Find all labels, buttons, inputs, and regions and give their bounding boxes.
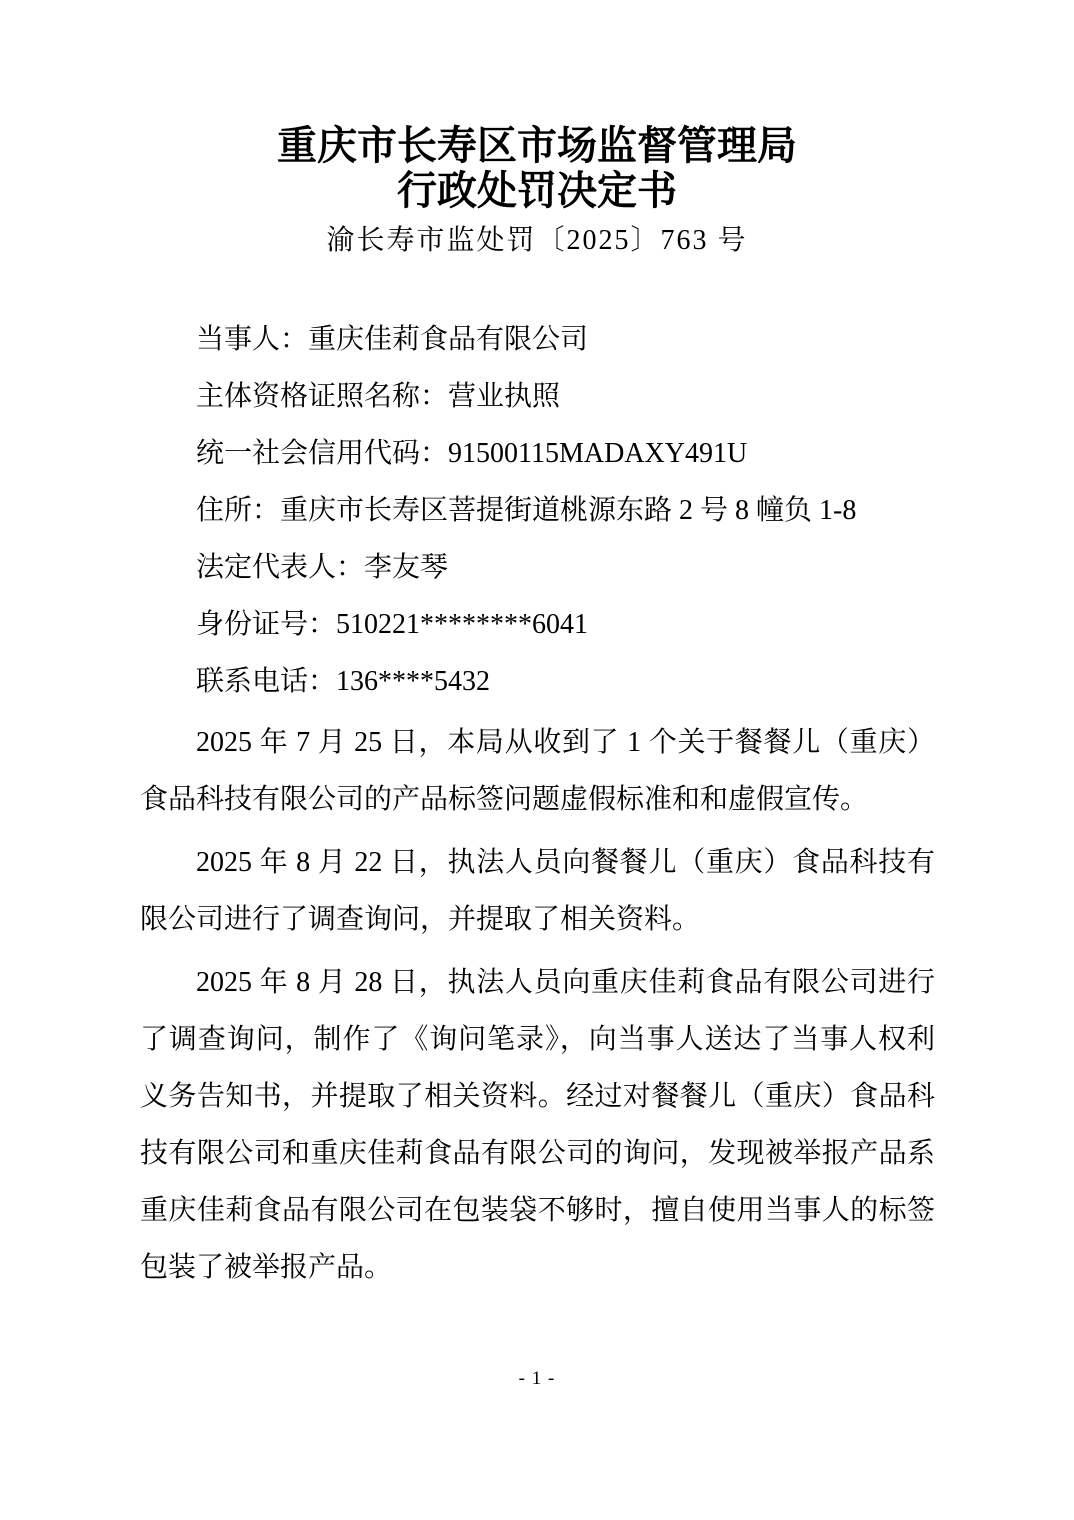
info-label: 身份证号：: [196, 609, 336, 640]
body-paragraph-2: 2025 年 8 月 22 日，执法人员向餐餐儿（重庆）食品科技有限公司进行了调…: [140, 834, 935, 948]
info-value: 李友琴: [364, 552, 448, 583]
body-paragraph-1: 2025 年 7 月 25 日，本局从收到了 1 个关于餐餐儿（重庆）食品科技有…: [140, 714, 935, 828]
info-value: 重庆市长寿区菩提街道桃源东路 2 号 8 幢负 1-8: [280, 495, 856, 526]
party-info-line-address: 住所：重庆市长寿区菩提街道桃源东路 2 号 8 幢负 1-8: [140, 482, 935, 539]
narrative-section: 2025 年 7 月 25 日，本局从收到了 1 个关于餐餐儿（重庆）食品科技有…: [140, 714, 935, 1296]
document-body: 当事人：重庆佳莉食品有限公司 主体资格证照名称：营业执照 统一社会信用代码：91…: [0, 311, 1074, 1296]
party-info-line-phone: 联系电话：136****5432: [140, 653, 935, 710]
page-number: - 1 -: [519, 1368, 556, 1389]
info-label: 法定代表人：: [196, 552, 364, 583]
document-title-line1: 重庆市长寿区市场监督管理局: [0, 123, 1074, 168]
info-label: 联系电话：: [196, 666, 336, 697]
document-header: 重庆市长寿区市场监督管理局 行政处罚决定书 渝长寿市监处罚〔2025〕763 号: [0, 0, 1074, 259]
party-info-line-id-number: 身份证号：510221********6041: [140, 596, 935, 653]
info-value: 营业执照: [448, 381, 560, 412]
page-footer: - 1 -: [0, 1368, 1074, 1390]
info-value: 510221********6041: [336, 609, 588, 640]
info-label: 住所：: [196, 495, 280, 526]
party-info-line-legal-rep: 法定代表人：李友琴: [140, 539, 935, 596]
party-info-section: 当事人：重庆佳莉食品有限公司 主体资格证照名称：营业执照 统一社会信用代码：91…: [140, 311, 935, 710]
party-info-line-credit-code: 统一社会信用代码：91500115MADAXY491U: [140, 425, 935, 482]
info-label: 当事人：: [196, 324, 308, 355]
party-info-line-party: 当事人：重庆佳莉食品有限公司: [140, 311, 935, 368]
document-page: 重庆市长寿区市场监督管理局 行政处罚决定书 渝长寿市监处罚〔2025〕763 号…: [0, 0, 1074, 1520]
party-info-line-license-name: 主体资格证照名称：营业执照: [140, 368, 935, 425]
info-label: 统一社会信用代码：: [196, 438, 448, 469]
info-value: 重庆佳莉食品有限公司: [308, 324, 588, 355]
document-number: 渝长寿市监处罚〔2025〕763 号: [0, 223, 1074, 259]
info-value: 91500115MADAXY491U: [448, 438, 747, 469]
document-title: 重庆市长寿区市场监督管理局 行政处罚决定书: [0, 123, 1074, 213]
info-value: 136****5432: [336, 666, 490, 697]
info-label: 主体资格证照名称：: [196, 381, 448, 412]
body-paragraph-3: 2025 年 8 月 28 日，执法人员向重庆佳莉食品有限公司进行了调查询问，制…: [140, 954, 935, 1296]
document-title-line2: 行政处罚决定书: [0, 168, 1074, 213]
